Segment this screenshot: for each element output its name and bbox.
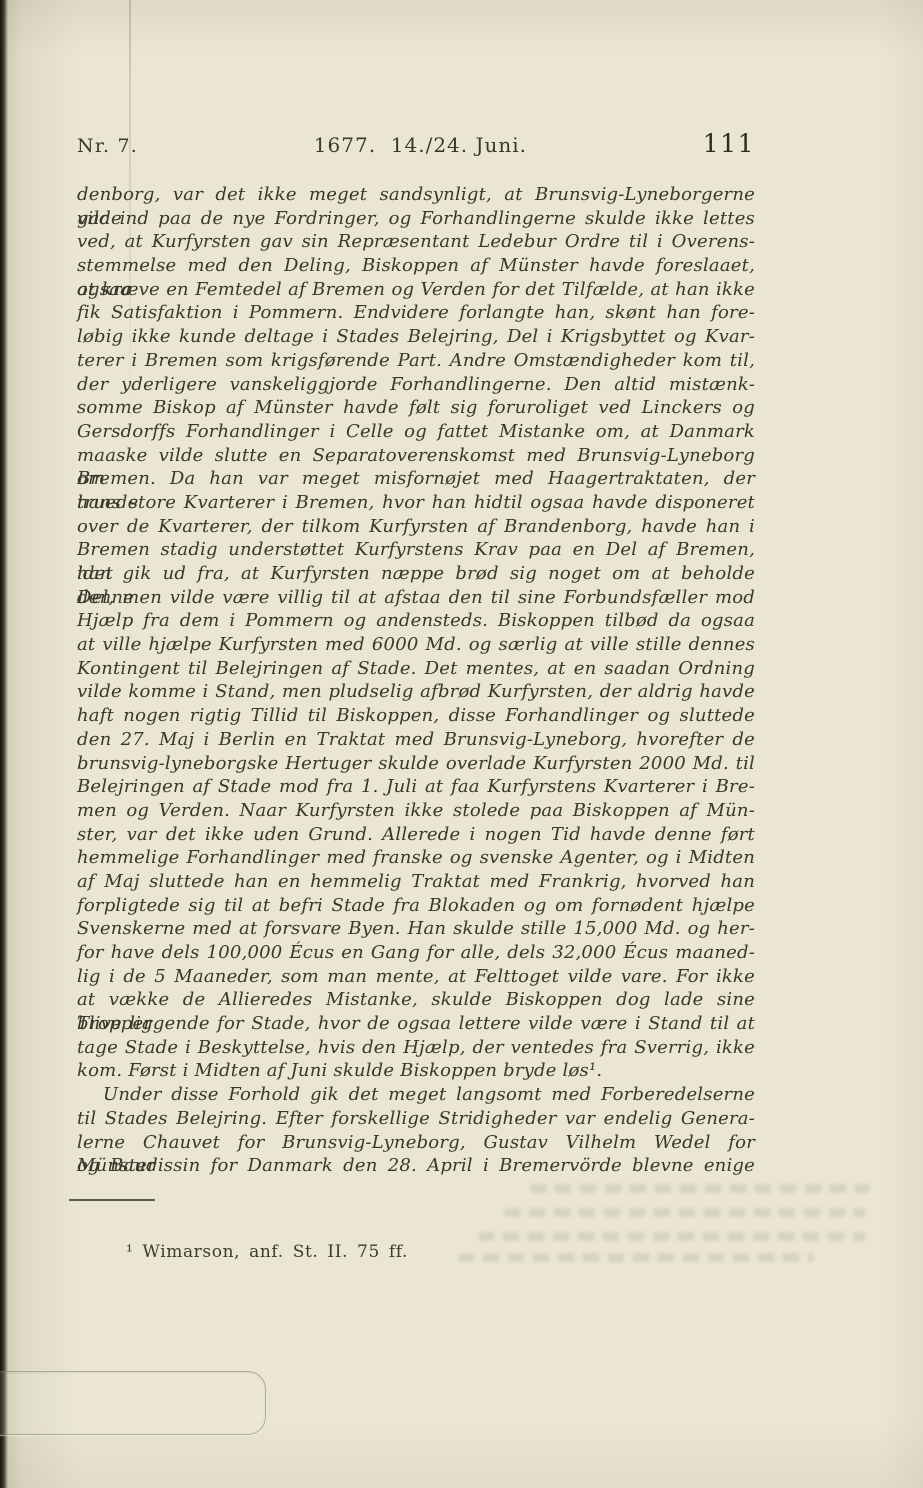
body-line-9: der yderligere vanskeliggjorde Forhandli… bbox=[77, 373, 755, 397]
body-line-42: og Baudissin for Danmark den 28. April i… bbox=[77, 1154, 755, 1178]
body-line-8: terer i Bremen som krigsførende Part. An… bbox=[77, 349, 755, 373]
footnote-rule bbox=[69, 1199, 155, 1201]
body-line-34: lig i de 5 Maaneder, som man mente, at F… bbox=[77, 965, 755, 989]
body-line-35: at vække de Allieredes Mistanke, skulde … bbox=[77, 988, 755, 1012]
body-line-1: denborg, var det ikke meget sandsynligt,… bbox=[77, 183, 755, 207]
body-line-30: af Maj sluttede han en hemmelig Traktat … bbox=[77, 870, 755, 894]
body-line-17: han gik ud fra, at Kurfyrsten næppe brød… bbox=[77, 562, 755, 586]
body-line-36: blive liggende for Stade, hvor de ogsaa … bbox=[77, 1012, 755, 1036]
body-line-27: men og Verden. Naar Kurfyrsten ikke stol… bbox=[77, 799, 755, 823]
show-through-ghost-line bbox=[530, 1184, 870, 1193]
body-line-10: somme Biskop af Münster havde følt sig f… bbox=[77, 396, 755, 420]
body-line-16: Bremen stadig understøttet Kurfyrstens K… bbox=[77, 538, 755, 562]
body-line-31: forpligtede sig til at befri Stade fra B… bbox=[77, 894, 755, 918]
body-line-23: haft nogen rigtig Tillid til Biskoppen, … bbox=[77, 704, 755, 728]
body-line-14: hans store Kvarterer i Bremen, hvor han … bbox=[77, 491, 755, 515]
body-line-33: for have dels 100,000 Écus en Gang for a… bbox=[77, 941, 755, 965]
body-text-block: denborg, var det ikke meget sandsynligt,… bbox=[77, 183, 755, 1178]
body-line-5: at kræve en Femtedel af Bremen og Verden… bbox=[77, 278, 755, 302]
body-line-26: Belejringen af Stade mod fra 1. Juli at … bbox=[77, 775, 755, 799]
body-line-3: ved, at Kurfyrsten gav sin Repræsentant … bbox=[77, 230, 755, 254]
body-line-7: løbig ikke kunde deltage i Stades Belejr… bbox=[77, 325, 755, 349]
body-line-32: Svenskerne med at forsvare Byen. Han sku… bbox=[77, 917, 755, 941]
body-line-25: brunsvig-lyneborgske Hertuger skulde ove… bbox=[77, 752, 755, 776]
body-line-39: Under disse Forhold gik det meget langso… bbox=[77, 1083, 755, 1107]
body-line-2: gaa ind paa de nye Fordringer, og Forhan… bbox=[77, 207, 755, 231]
body-line-29: hemmelige Forhandlinger med franske og s… bbox=[77, 846, 755, 870]
body-line-12: maaske vilde slutte en Separatoverenskom… bbox=[77, 444, 755, 468]
body-line-21: Kontingent til Belejringen af Stade. Det… bbox=[77, 657, 755, 681]
body-line-24: den 27. Maj i Berlin en Traktat med Brun… bbox=[77, 728, 755, 752]
show-through-ghost-line bbox=[478, 1232, 866, 1241]
header-date: 1677. 14./24. Juni. bbox=[314, 133, 527, 157]
body-line-6: fik Satisfaktion i Pommern. Endvidere fo… bbox=[77, 301, 755, 325]
page-number: 111 bbox=[703, 129, 755, 158]
scanned-book-page: Nr. 7. 1677. 14./24. Juni. 111 denborg, … bbox=[0, 0, 923, 1488]
body-line-13: Bremen. Da han var meget misfornøjet med… bbox=[77, 467, 755, 491]
body-line-22: vilde komme i Stand, men pludselig afbrø… bbox=[77, 680, 755, 704]
scan-edge-shadow bbox=[0, 0, 8, 1488]
body-line-4: stemmelse med den Deling, Biskoppen af M… bbox=[77, 254, 755, 278]
body-line-28: ster, var det ikke uden Grund. Allerede … bbox=[77, 823, 755, 847]
body-line-37: tage Stade i Beskyttelse, hvis den Hjælp… bbox=[77, 1036, 755, 1060]
body-line-18: Del, men vilde være villig til at afstaa… bbox=[77, 586, 755, 610]
show-through-ghost-line bbox=[458, 1253, 814, 1262]
page-header: Nr. 7. 1677. 14./24. Juni. 111 bbox=[77, 129, 755, 158]
body-line-11: Gersdorffs Forhandlinger i Celle og fatt… bbox=[77, 420, 755, 444]
body-line-41: lerne Chauvet for Brunsvig-Lyneborg, Gus… bbox=[77, 1131, 755, 1155]
embossed-pocket-artifact bbox=[0, 1371, 266, 1435]
body-line-15: over de Kvarterer, der tilkom Kurfyrsten… bbox=[77, 515, 755, 539]
footnote: ¹ Wimarson, anf. St. II. 75 ff. bbox=[126, 1242, 408, 1262]
body-line-19: Hjælp fra dem i Pommern og andensteds. B… bbox=[77, 609, 755, 633]
body-line-40: til Stades Belejring. Efter forskellige … bbox=[77, 1107, 755, 1131]
body-line-20: at ville hjælpe Kurfyrsten med 6000 Md. … bbox=[77, 633, 755, 657]
body-line-38: kom. Først i Midten af Juni skulde Bisko… bbox=[77, 1059, 755, 1083]
show-through-ghost-line bbox=[504, 1208, 866, 1217]
issue-number: Nr. 7. bbox=[77, 135, 138, 157]
